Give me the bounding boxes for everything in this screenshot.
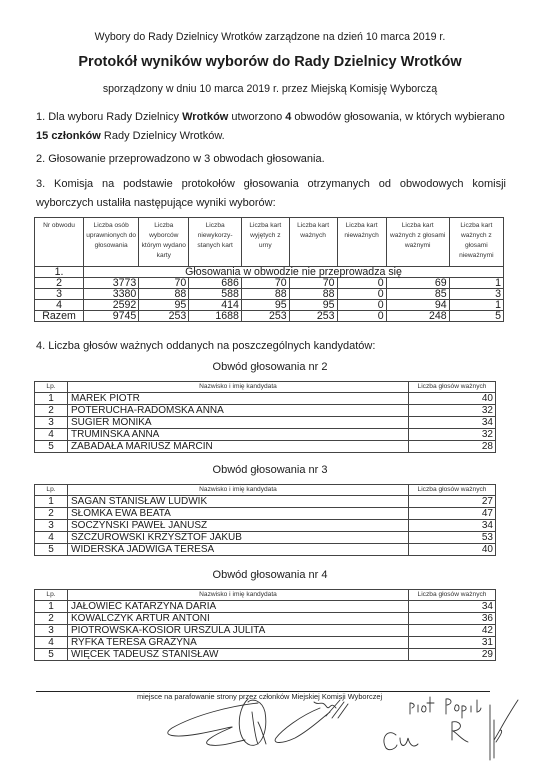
handwritten-signatures <box>0 0 540 764</box>
signature-icon <box>168 703 258 745</box>
